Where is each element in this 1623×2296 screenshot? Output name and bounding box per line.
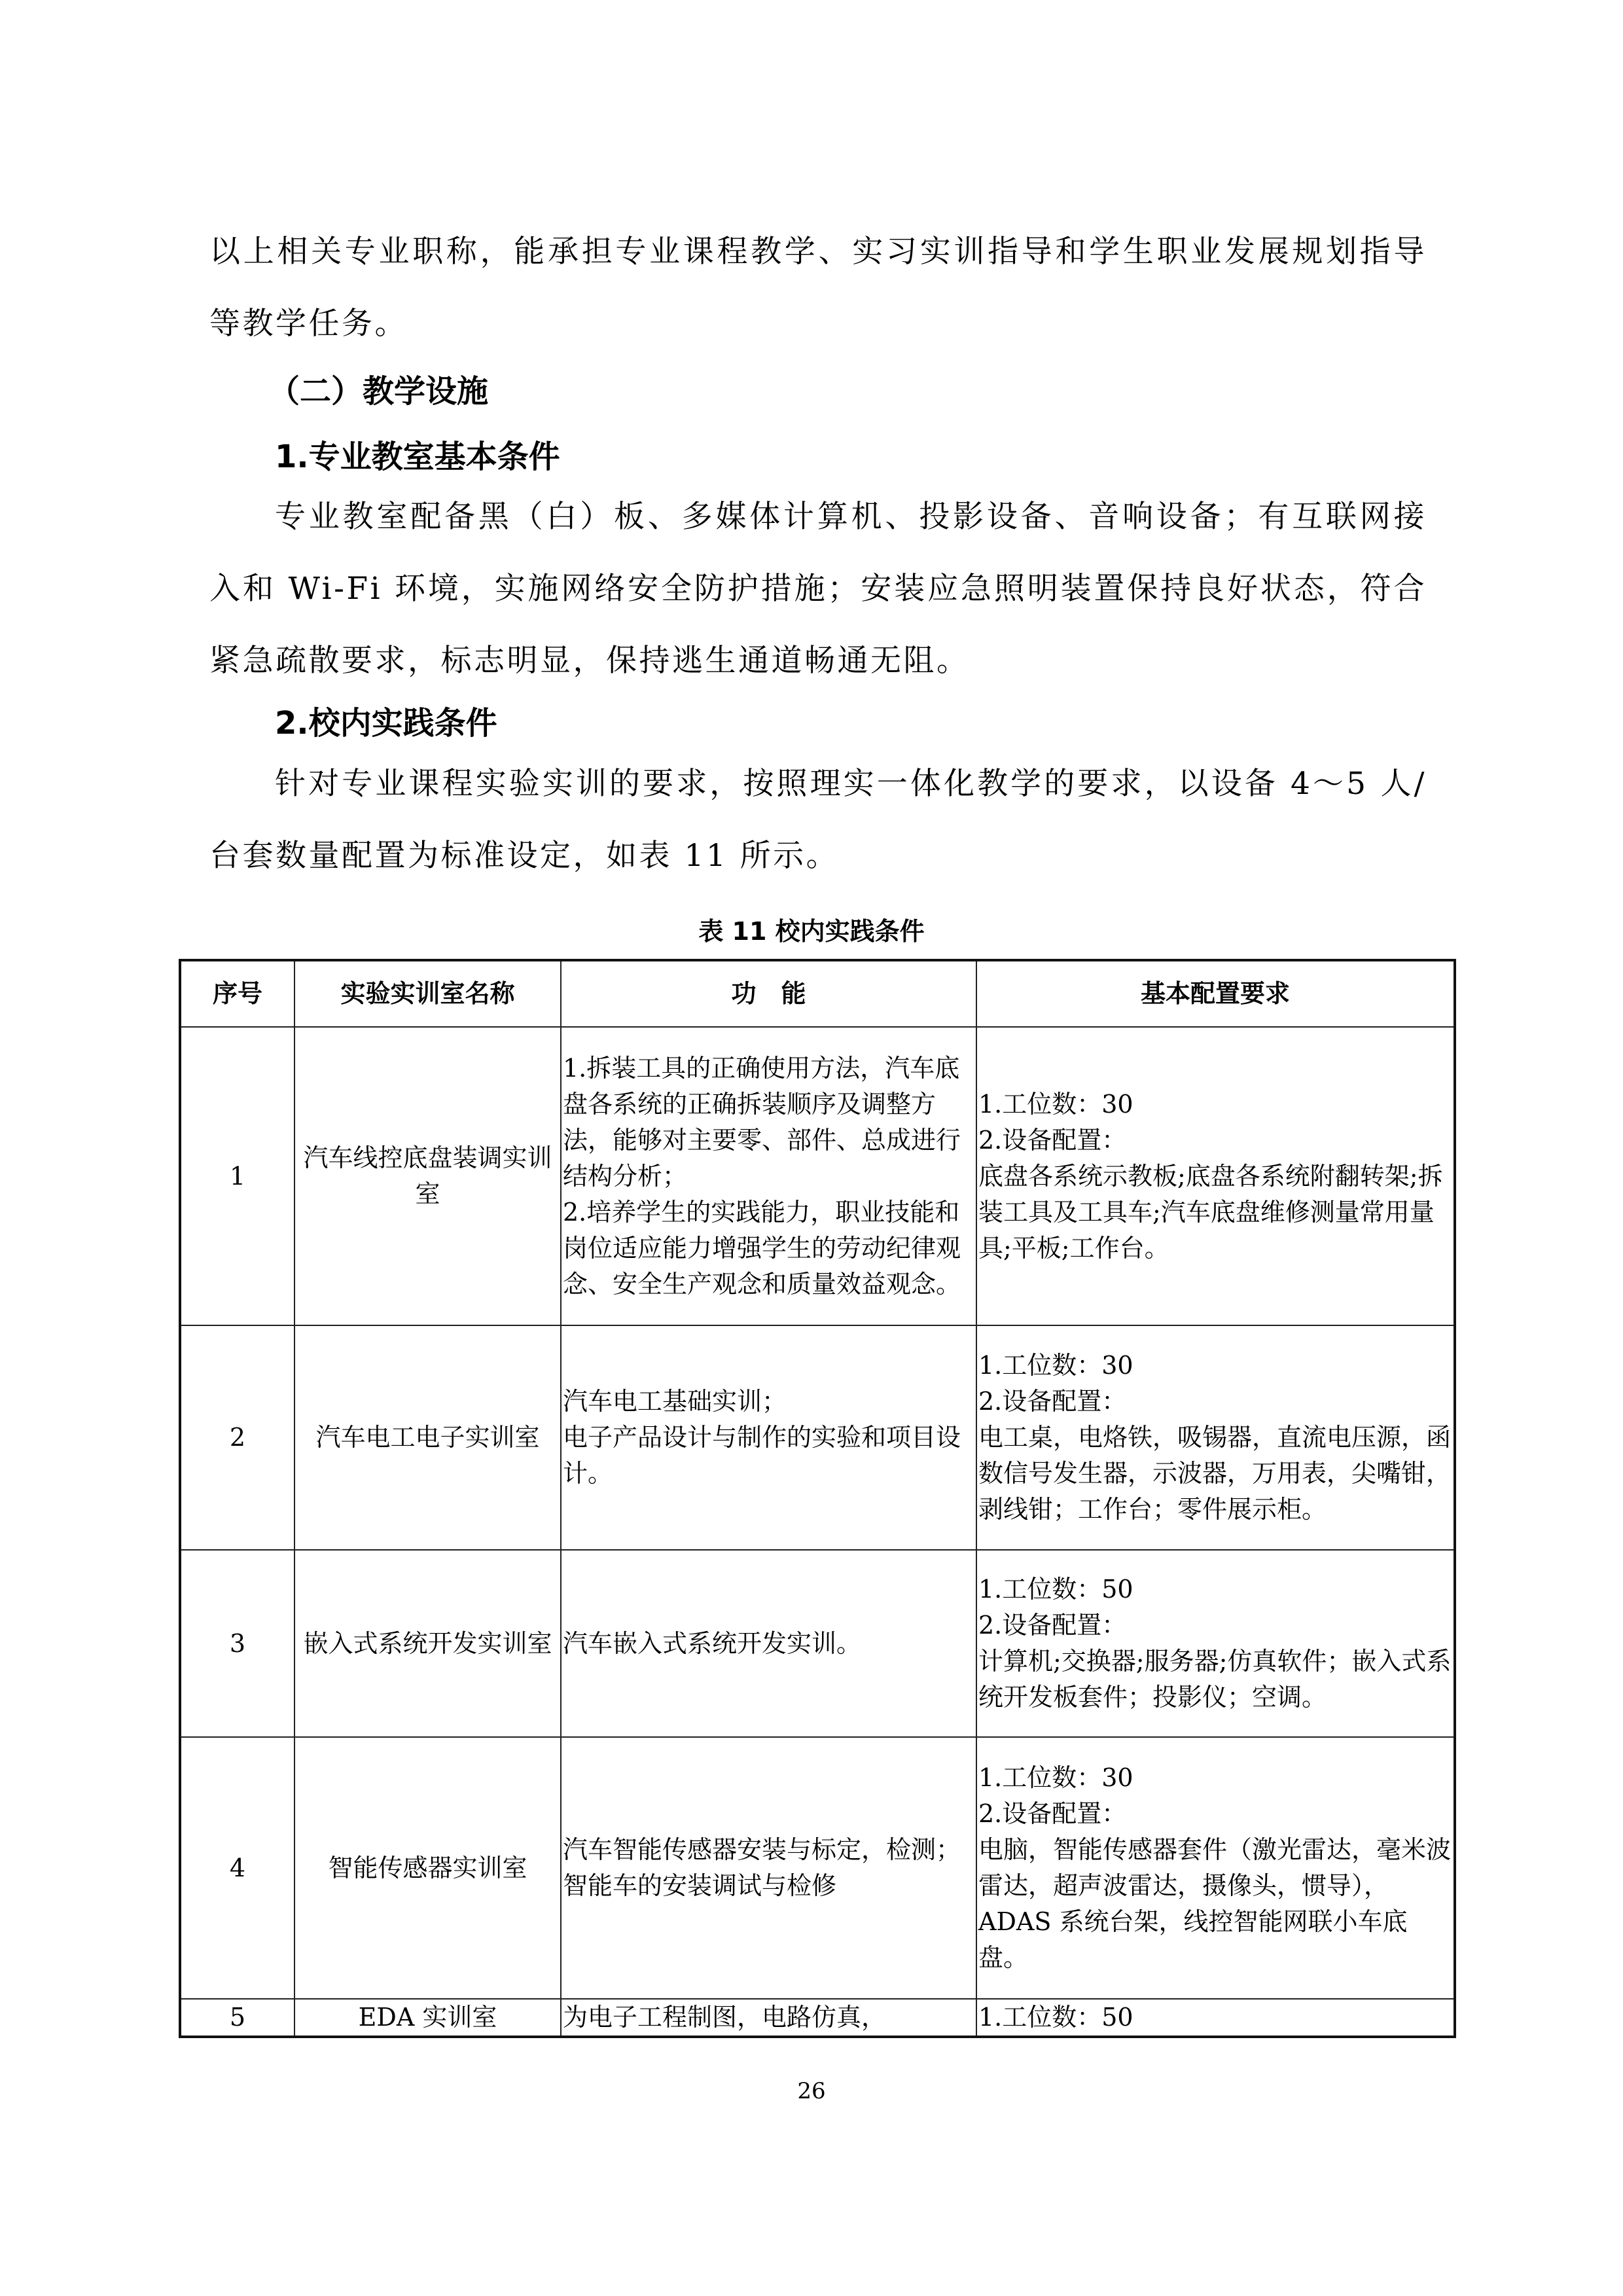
cell-lab-name: 嵌入式系统开发实训室	[294, 1550, 561, 1737]
cell-requirements: 1.工位数：30 2.设备配置： 底盘各系统示教板;底盘各系统附翻转架;拆装工具…	[976, 1027, 1455, 1325]
table-caption: 表 11 校内实践条件	[0, 915, 1623, 948]
practice-conditions-table: 序号 实验实训室名称 功 能 基本配置要求 1 汽车线控底盘装调实训室 1.拆装…	[179, 959, 1456, 2038]
subheading-practice-conditions: 2.校内实践条件	[275, 704, 497, 743]
paragraph-staff-qualification: 以上相关专业职称，能承担专业课程教学、实习实训指导和学生职业发展规划指导等教学任…	[209, 216, 1427, 360]
header-lab-name: 实验实训室名称	[294, 960, 561, 1027]
header-number: 序号	[180, 960, 294, 1027]
table-row: 2 汽车电工电子实训室 汽车电工基础实训； 电子产品设计与制作的实验和项目设计。…	[180, 1325, 1455, 1550]
cell-requirements: 1.工位数：50	[976, 1999, 1455, 2037]
cell-number: 2	[180, 1325, 294, 1550]
cell-lab-name: 汽车线控底盘装调实训室	[294, 1027, 561, 1325]
cell-number: 1	[180, 1027, 294, 1325]
cell-number: 5	[180, 1999, 294, 2037]
cell-lab-name: EDA 实训室	[294, 1999, 561, 2037]
section-heading-teaching-facilities: （二）教学设施	[268, 372, 488, 411]
cell-function: 汽车嵌入式系统开发实训。	[561, 1550, 976, 1737]
cell-function: 为电子工程制图，电路仿真，	[561, 1999, 976, 2037]
cell-requirements: 1.工位数：50 2.设备配置： 计算机;交换器;服务器;仿真软件；嵌入式系统开…	[976, 1550, 1455, 1737]
cell-function: 汽车电工基础实训； 电子产品设计与制作的实验和项目设计。	[561, 1325, 976, 1550]
cell-requirements: 1.工位数：30 2.设备配置： 电工桌，电烙铁，吸锡器，直流电压源，函数信号发…	[976, 1325, 1455, 1550]
table-row: 3 嵌入式系统开发实训室 汽车嵌入式系统开发实训。 1.工位数：50 2.设备配…	[180, 1550, 1455, 1737]
header-function: 功 能	[561, 960, 976, 1027]
cell-lab-name: 智能传感器实训室	[294, 1737, 561, 1999]
table-row: 1 汽车线控底盘装调实训室 1.拆装工具的正确使用方法，汽车底盘各系统的正确拆装…	[180, 1027, 1455, 1325]
cell-requirements: 1.工位数：30 2.设备配置： 电脑，智能传感器套件（激光雷达，毫米波雷达，超…	[976, 1737, 1455, 1999]
table-header-row: 序号 实验实训室名称 功 能 基本配置要求	[180, 960, 1455, 1027]
cell-function: 1.拆装工具的正确使用方法，汽车底盘各系统的正确拆装顺序及调整方法，能够对主要零…	[561, 1027, 976, 1325]
paragraph-classroom-conditions: 专业教室配备黑（白）板、多媒体计算机、投影设备、音响设备；有互联网接入和 Wi-…	[209, 481, 1427, 697]
header-requirements: 基本配置要求	[976, 960, 1455, 1027]
cell-number: 3	[180, 1550, 294, 1737]
table-row: 4 智能传感器实训室 汽车智能传感器安装与标定，检测； 智能车的安装调试与检修 …	[180, 1737, 1455, 1999]
page-number: 26	[0, 2075, 1623, 2108]
subheading-classroom-conditions: 1.专业教室基本条件	[275, 437, 560, 476]
paragraph-practice-conditions: 针对专业课程实验实训的要求，按照理实一体化教学的要求，以设备 4～5 人/台套数…	[209, 748, 1427, 892]
cell-lab-name: 汽车电工电子实训室	[294, 1325, 561, 1550]
table-row: 5 EDA 实训室 为电子工程制图，电路仿真， 1.工位数：50	[180, 1999, 1455, 2037]
cell-number: 4	[180, 1737, 294, 1999]
document-page: 以上相关专业职称，能承担专业课程教学、实习实训指导和学生职业发展规划指导等教学任…	[0, 0, 1623, 2296]
cell-function: 汽车智能传感器安装与标定，检测； 智能车的安装调试与检修	[561, 1737, 976, 1999]
